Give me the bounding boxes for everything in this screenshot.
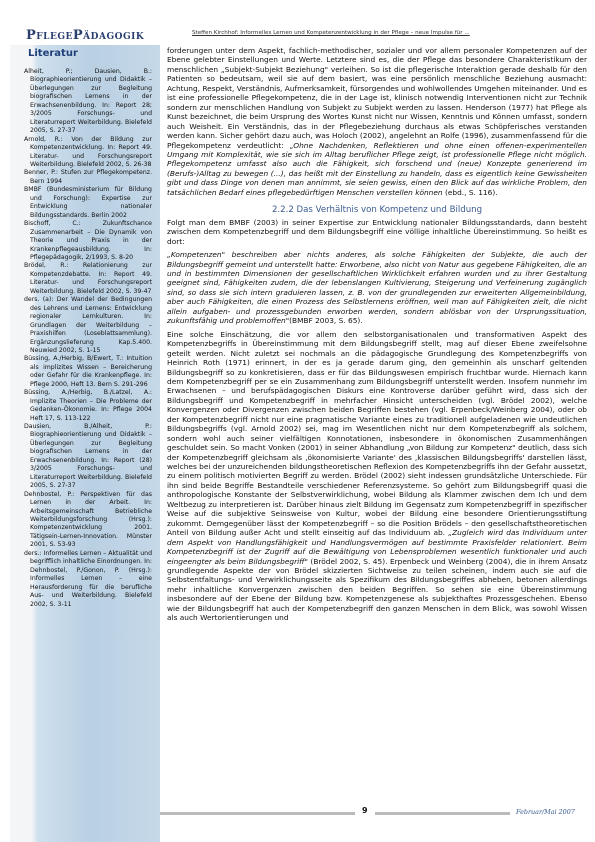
sidebar-title: Literatur [28, 48, 78, 59]
reference-item: Bischoff, C.: Zukunftschance Zusammenarb… [24, 220, 152, 262]
section-heading: 2.2.2 Das Verhältnis von Kompetenz und B… [167, 206, 587, 215]
footer-rule-right [375, 812, 510, 815]
footer-rule-left [160, 812, 355, 815]
reference-item: ders. (a): Der Wandel der Bedingungen de… [24, 296, 152, 355]
paragraph-text: (Brödel 2002, S. 45). Erpenbeck und Wein… [167, 557, 587, 623]
quote-text: „Kompetenzen" beschreiben aber nichts an… [167, 250, 587, 325]
masthead-logo: PflegePädagogik [26, 28, 144, 43]
citation: (BMBF 2003, S. 65). [289, 316, 363, 325]
running-head: Steffen Kirchhof: Informelles Lernen und… [192, 30, 594, 36]
reference-item: Benner, P.: Stufen zur Pflegekompetenz. … [24, 169, 152, 186]
block-quote: „Kompetenzen" beschreiben aber nichts an… [167, 250, 587, 326]
citation: (ebd., S. 116). [443, 188, 498, 197]
reference-item: Dausien, B./Alheit, P.: Biographieorient… [24, 423, 152, 491]
body-paragraph: Eine solche Einschätzung, die vor allem … [167, 330, 587, 623]
reference-item: BMBF (Bundesministerium für Bildung und … [24, 186, 152, 220]
reference-item: Büssing, A./Herbig, B/Ewert, T.: Intuiti… [24, 355, 152, 389]
body-paragraph: forderungen unter dem Aspekt, fachlich-m… [167, 46, 587, 197]
page-number: 9 [362, 806, 368, 815]
reference-item: Büssing, A./Herbig, B./Latzel, A.: Impli… [24, 389, 152, 423]
main-text: forderungen unter dem Aspekt, fachlich-m… [167, 46, 587, 627]
paragraph-text: Eine solche Einschätzung, die vor allem … [167, 330, 587, 538]
body-paragraph: Folgt man dem BMBF (2003) in seiner Expe… [167, 218, 587, 246]
reference-item: Alheit, P.; Dausien, B.: Biographieorien… [24, 68, 152, 136]
reference-item: Brödel, R.: Relationierung zur Kompetenz… [24, 262, 152, 296]
reference-item: Dehnbostel, P.: Perspektiven für das Ler… [24, 491, 152, 550]
reference-item: Arnold, R.: Von der Bildung zur Kompeten… [24, 136, 152, 170]
reference-item: ders.: Informelles Lernen – Aktualität u… [24, 550, 152, 609]
reference-list: Alheit, P.; Dausien, B.: Biographieorien… [24, 68, 152, 609]
issue-label: Februar/Mai 2007 [516, 808, 575, 816]
paragraph-text: forderungen unter dem Aspekt, fachlich-m… [167, 46, 587, 150]
